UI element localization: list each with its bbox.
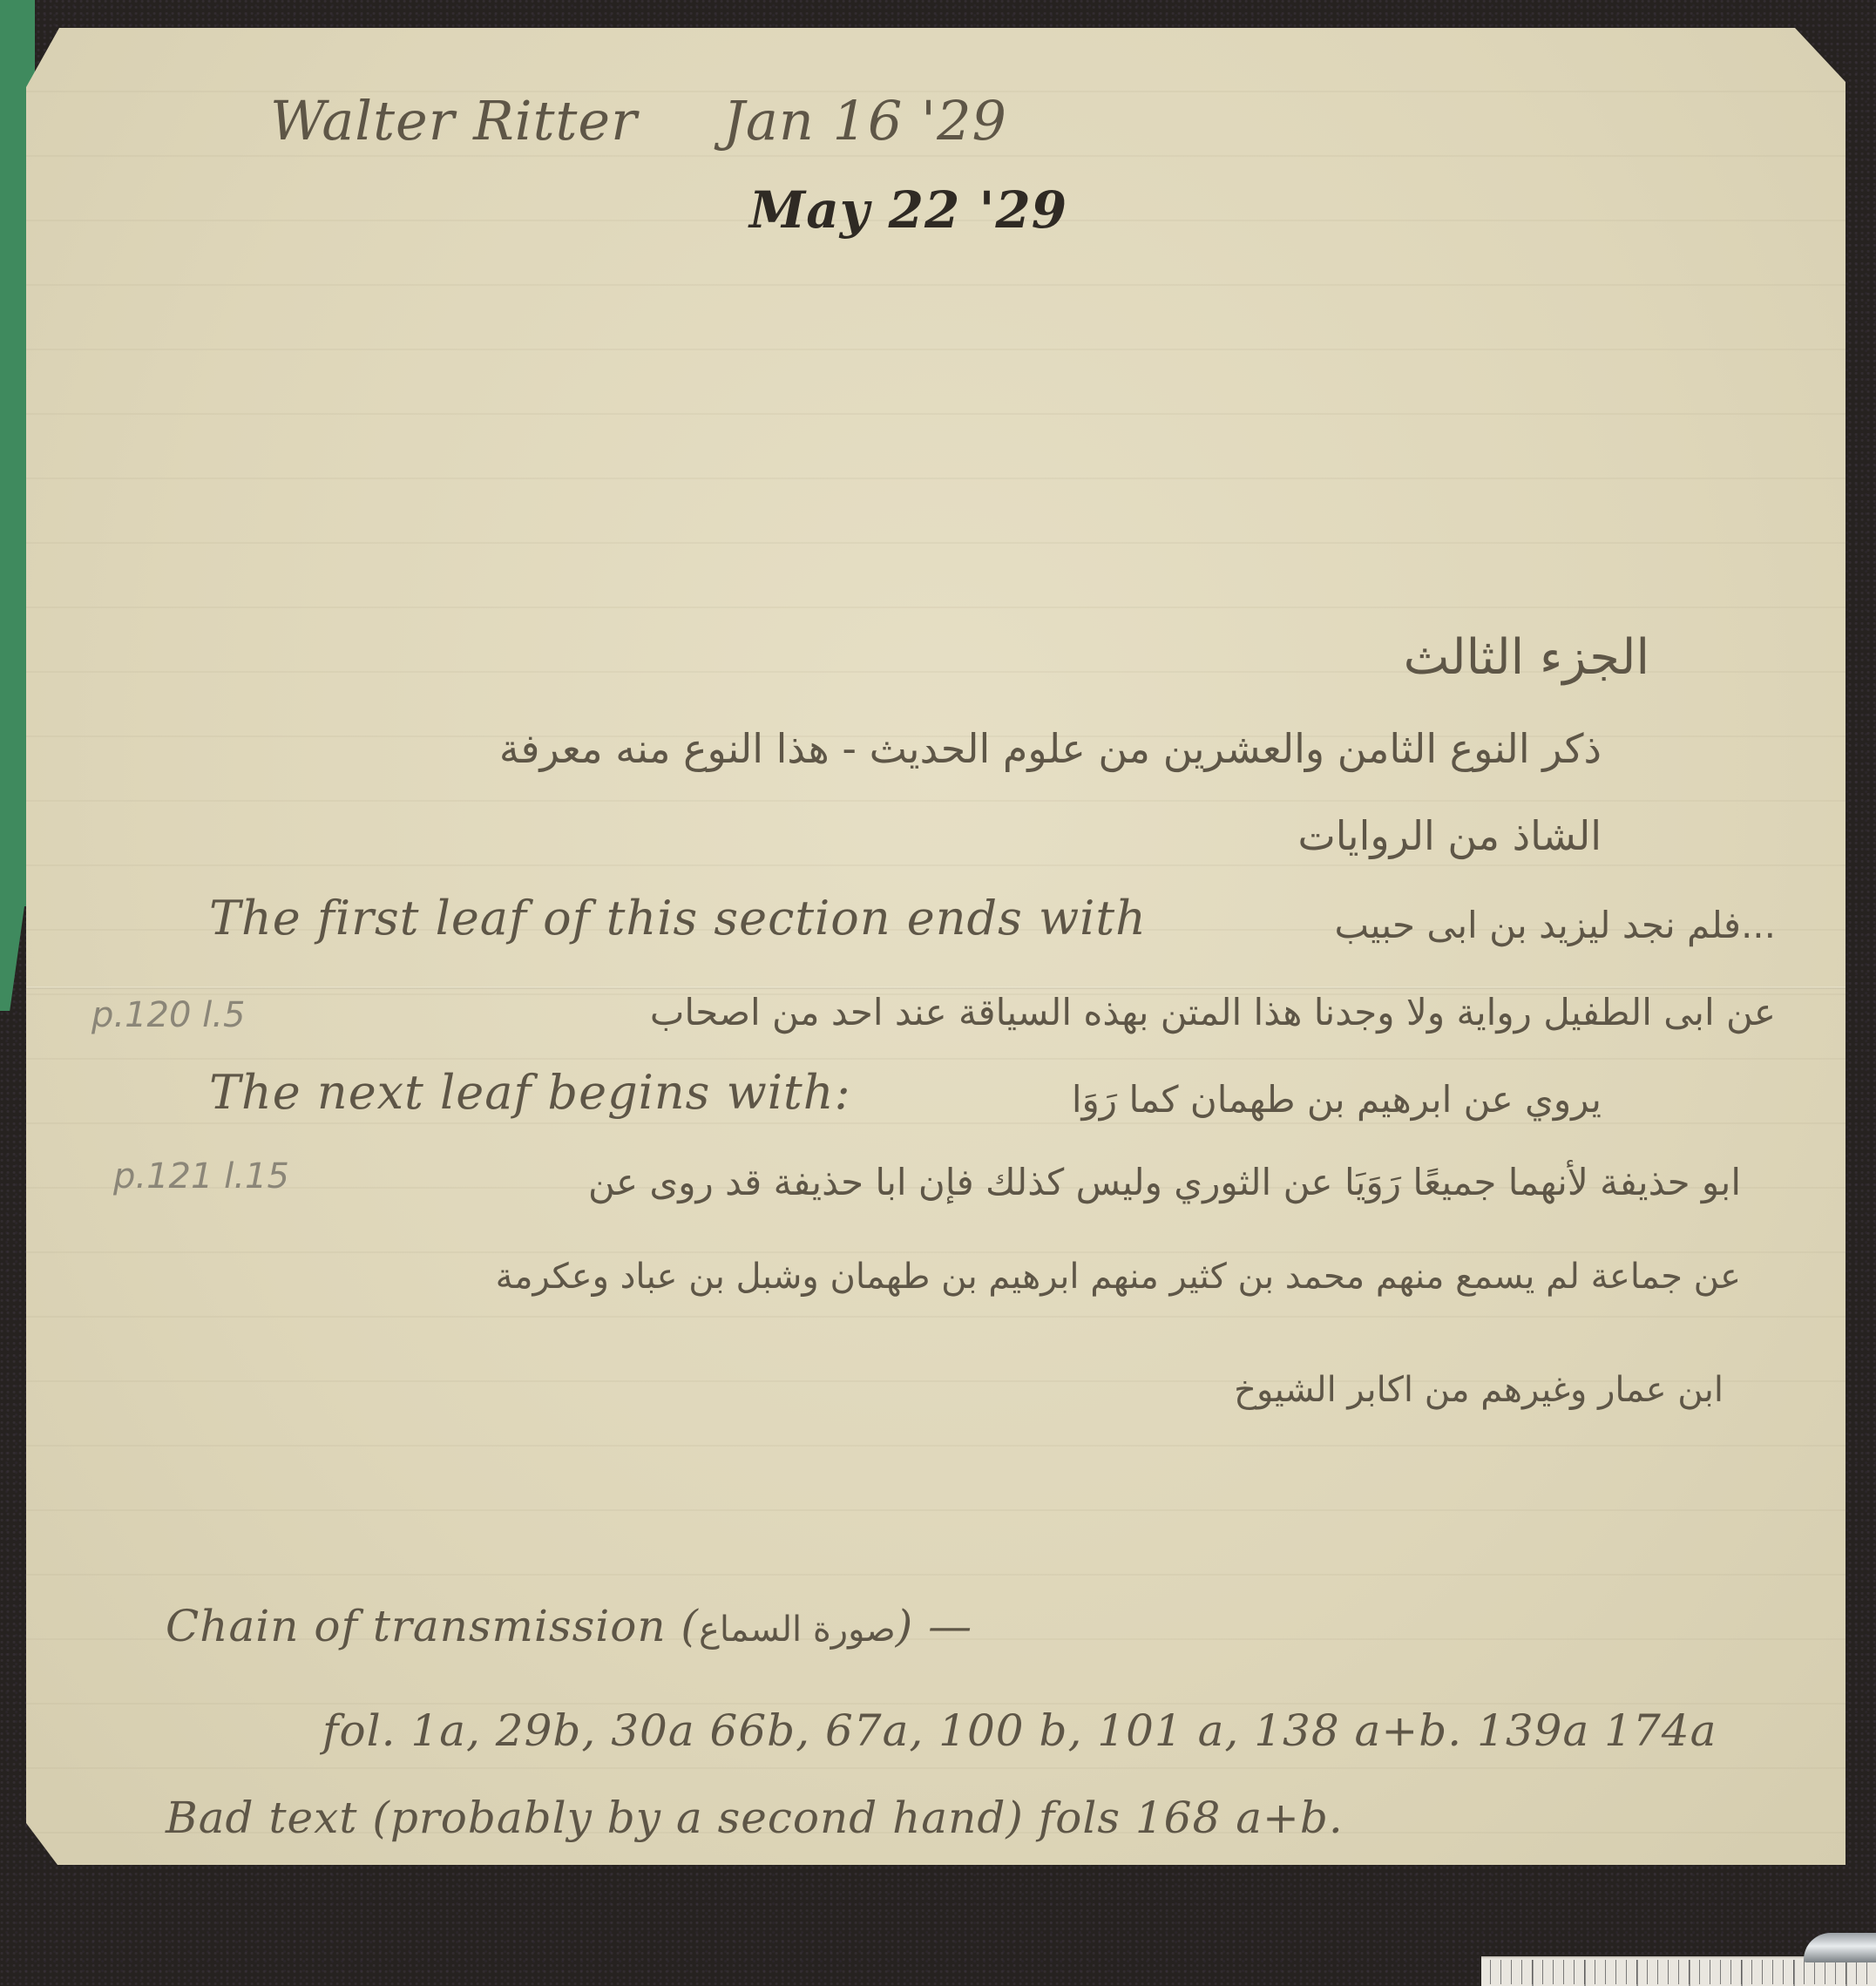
arabic-intro-line-2: الشاذ من الروايات	[1297, 812, 1602, 859]
first-leaf-label: The first leaf of this section ends with	[209, 891, 1147, 946]
date-second: May 22 '29	[749, 180, 1067, 240]
arabic-intro-line-1: ذكر النوع الثامن والعشرين من علوم الحديث…	[499, 725, 1602, 772]
author-name: Walter Ritter	[270, 89, 638, 153]
ruler-major-ticks	[1481, 1960, 1876, 1986]
next-leaf-arabic-line-2: ابو حذيفة لأنهما جميعًا رَوَيَا عن الثور…	[588, 1161, 1741, 1203]
chain-arabic-term: صورة السماع	[699, 1610, 896, 1650]
chain-of-transmission-label: Chain of transmission (صورة السماع) —	[166, 1601, 972, 1651]
pencil-page-reference-2: p.121 l.15	[113, 1156, 289, 1196]
next-leaf-arabic-line-3: عن جماعة لم يسمع منهم محمد بن كثير منهم …	[496, 1257, 1741, 1297]
first-leaf-arabic-line-2: عن ابى الطفيل رواية ولا وجدنا هذا المتن …	[650, 991, 1776, 1034]
next-leaf-arabic-line-4: ابن عمار وغيرهم من اكابر الشيوخ	[1234, 1370, 1724, 1410]
first-leaf-arabic-line-1: ...فلم نجد ليزيد بن ابى حبيب	[1334, 904, 1776, 946]
chain-label-close: ) —	[896, 1601, 972, 1651]
chain-label-text: Chain of transmission (	[166, 1601, 699, 1651]
chain-folio-list: fol. 1a, 29b, 30a 66b, 67a, 100 b, 101 a…	[322, 1705, 1717, 1756]
date-first: Jan 16 '29	[723, 89, 1007, 153]
arabic-heading: الجزء الثالث	[1404, 629, 1649, 686]
paper-fold-line	[26, 986, 1846, 989]
next-leaf-arabic-line-1: يروي عن ابرهيم بن طهمان كما رَوَا	[1072, 1078, 1602, 1121]
metal-clip	[1804, 1933, 1876, 1962]
bad-text-note: Bad text (probably by a second hand) fol…	[166, 1793, 1344, 1843]
next-leaf-label: The next leaf begins with:	[209, 1065, 851, 1120]
manuscript-sheet: Walter Ritter Jan 16 '29 May 22 '29 الجز…	[26, 28, 1846, 1865]
pencil-page-reference-1: p.120 l.5	[91, 995, 245, 1035]
